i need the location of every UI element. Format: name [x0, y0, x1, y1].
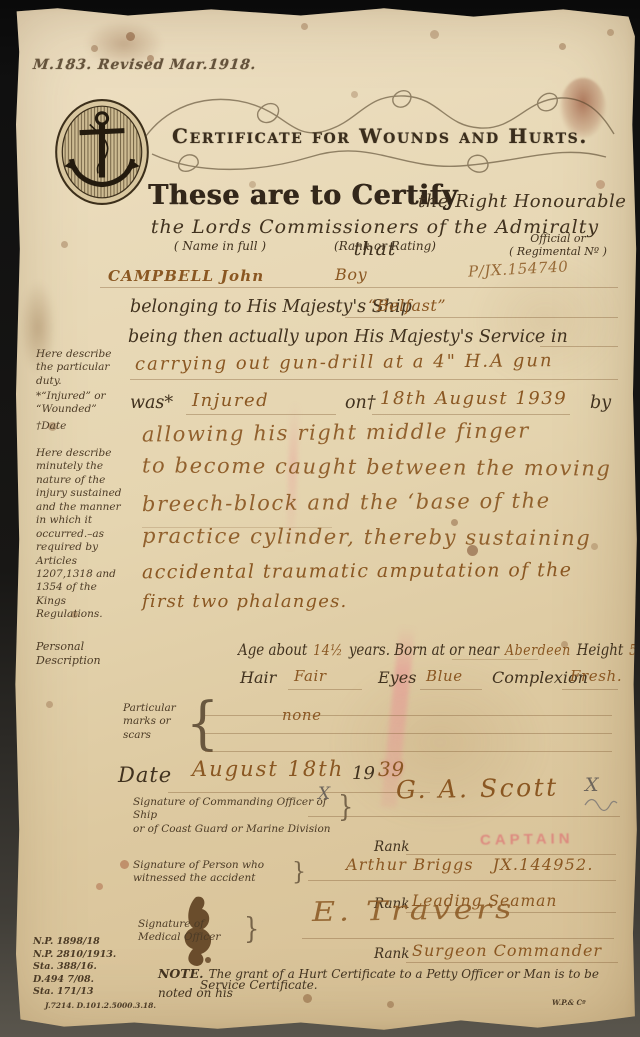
witness-signature: Arthur Briggs JX.144952. — [346, 855, 594, 874]
right-honourable: the Right Honourable — [418, 191, 626, 212]
was-label: was* — [130, 393, 173, 413]
medical-rank: Surgeon Commander — [412, 941, 602, 960]
margin-note-duty: Here describe the particular duty. — [36, 348, 131, 388]
witness-label: Signature of Person who witnessed the ac… — [133, 859, 293, 886]
ruled-line — [186, 414, 336, 415]
injury-line: practice cylinder, thereby sustaining — [142, 524, 622, 562]
age-label: Age about — [238, 640, 307, 659]
height-label: Height — [577, 640, 624, 659]
entry-height-ft: 5 — [629, 641, 638, 659]
hair-label: Hair — [240, 668, 276, 687]
ruled-line — [452, 659, 538, 660]
form-number-stamp: M.183. Revised Mar.1918. — [32, 57, 257, 73]
medical-officer-signature: E. Travers — [312, 894, 515, 928]
column-rank-or-rating: (Rank or Rating) — [320, 239, 450, 253]
footer-ref: N.P. 2810/1913. — [33, 949, 116, 962]
ruled-line — [142, 527, 332, 528]
ruled-line — [420, 689, 482, 690]
ruled-line — [372, 414, 570, 415]
entry-born: Aberdeen — [505, 641, 571, 659]
label-brace: } — [244, 912, 259, 946]
scanned-certificate-page: M.183. Revised Mar.1918. — [0, 0, 640, 1037]
ruled-line — [130, 379, 618, 380]
entry-ship: “Belfast” — [368, 296, 446, 315]
margin-note-injured-or-wounded: *“Injured” or “Wounded” — [36, 390, 131, 417]
ruled-line — [100, 287, 618, 288]
rank-label-commanding: Rank — [374, 839, 409, 855]
ruled-line — [168, 792, 430, 793]
entry-injured: Injured — [192, 390, 269, 411]
commanding-officer-signature: G. A. Scott — [396, 773, 559, 805]
rank-label-medical: Rank — [374, 946, 409, 962]
ruled-line — [288, 689, 362, 690]
footer-references: N.P. 1898/18 N.P. 2810/1913. Sta. 388/16… — [33, 936, 116, 999]
margin-label-personal-description: Personal Description — [36, 640, 101, 668]
marks-brace: { — [186, 691, 219, 757]
footer-ref: D.494 7/08. — [33, 974, 116, 987]
margin-label-particular-marks: Particular marks or scars — [123, 702, 176, 742]
ruled-line — [308, 816, 620, 817]
x-mark-left: X — [318, 784, 330, 804]
margin-note-date: †Date — [36, 420, 66, 433]
ruled-line — [302, 938, 614, 939]
on-label: on† — [345, 393, 376, 413]
injury-line: accidental traumatic amputation of the — [142, 559, 622, 593]
ruled-line — [540, 346, 618, 347]
these-are-to-certify: These are to Certify — [148, 180, 458, 211]
entry-injury-date: 18th August 1939 — [380, 388, 567, 409]
date-label: Date — [118, 763, 172, 787]
entry-eyes: Blue — [426, 667, 463, 685]
footer-ref: Sta. 171/13 — [33, 986, 116, 999]
print-code: J.7214. D.101.2.5000.3.18. — [45, 1001, 156, 1010]
ruled-line — [345, 317, 618, 318]
entry-name: CAMPBELL John — [108, 267, 264, 285]
ruled-line — [205, 715, 612, 716]
paper-sheet: M.183. Revised Mar.1918. — [0, 0, 640, 1037]
column-name-in-full: ( Name in full ) — [160, 239, 280, 253]
injury-description: allowing his right middle finger to beco… — [142, 420, 622, 621]
footer-ref: Sta. 388/16. — [33, 961, 116, 974]
injury-line: first two phalanges. — [142, 591, 622, 621]
label-brace: } — [338, 790, 353, 824]
by-label: by — [590, 393, 611, 413]
x-mark-right: X — [585, 774, 599, 796]
label-brace: } — [292, 859, 306, 887]
column-official-number: Official or ( Regimental Nº ) — [498, 233, 618, 258]
printer-mark: W.P.& Cº — [552, 998, 586, 1007]
entry-duty: carrying out gun-drill at a 4" H.A gun — [135, 350, 554, 375]
entry-rating: Boy — [335, 265, 367, 284]
personal-description-row1: Age about 14½ years. Born at or near Abe… — [238, 640, 620, 659]
ruled-line — [562, 689, 618, 690]
scribble-icon — [584, 796, 618, 812]
service-label: being then actually upon His Majesty's S… — [128, 327, 568, 347]
entry-age: 14½ — [313, 641, 343, 659]
margin-note-minutely: Here describe minutely the nature of the… — [36, 447, 130, 622]
medical-officer-label: Signature of Medical Officer — [138, 918, 248, 945]
note-bold: NOTE. — [158, 966, 204, 981]
pencil-scribble — [584, 796, 618, 816]
entry-complexion: Fresh. — [570, 667, 622, 685]
ruled-line — [205, 733, 612, 734]
entry-hair: Fair — [294, 667, 327, 685]
eyes-label: Eyes — [378, 668, 416, 687]
footer-ref: N.P. 1898/18 — [33, 936, 116, 949]
entry-date: August 18th — [192, 757, 344, 781]
entry-marks-none: none — [282, 706, 322, 724]
printed-year-19: 19 — [352, 763, 375, 784]
injury-line: allowing his right middle finger — [142, 417, 622, 457]
note-text-2: Service Certificate. — [200, 978, 318, 992]
foxing-spots — [0, 0, 5, 5]
certificate-title: Certificate for Wounds and Hurts. — [150, 124, 610, 148]
ruled-line — [205, 751, 612, 752]
captain-stamp: CAPTAIN — [480, 830, 574, 849]
born-label: years. Born at or near — [349, 640, 499, 659]
injury-line: to become caught between the moving — [142, 453, 622, 491]
ruled-line — [308, 880, 616, 881]
injury-line: breech-block and the ‘base of the — [142, 488, 622, 527]
